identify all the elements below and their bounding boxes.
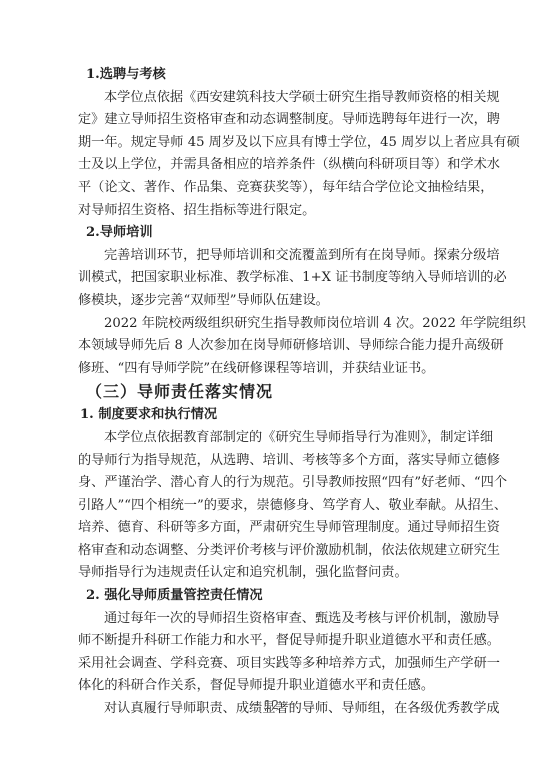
paragraph-line: 本学位点依据教育部制定的《研究生导师指导行为准则》，制定详细 — [78, 427, 476, 450]
paragraph-line: 培养、德育、科研等多方面，严肃研究生导师管理制度。通过导师招生资 — [78, 517, 476, 540]
paragraph-line: 完善培训环节，把导师培训和交流覆盖到所有在岗导师。探索分级培 — [78, 245, 476, 268]
paragraph-line: 格审查和动态调整、分类评价考核与评价激励机制，依法依规建立研究生 — [78, 540, 476, 563]
paragraph-line: 定》建立导师招生资格审查和动态调整制度。导师选聘每年进行一次，聘 — [78, 109, 476, 132]
paragraph-line: 修模块，逐步完善“双师型”导师队伍建设。 — [78, 290, 476, 313]
paragraph-line: 本学位点依据《西安建筑科技大学硕士研究生指导教师资格的相关规 — [78, 87, 476, 110]
heading-supervisor-training: 2.导师培训 — [78, 222, 476, 245]
paragraph-line: 师不断提升科研工作能力和水平，督促导师提升职业道德水平和责任感。 — [78, 630, 476, 653]
paragraph-line: 引路人”“四个相统一”的要求，崇德修身、笃学育人、敬业奉献。从招生、 — [78, 495, 476, 518]
paragraph-line: 的导师行为指导规范，从选聘、培训、考核等多个方面，落实导师立德修 — [78, 450, 476, 473]
paragraph-line: 训模式，把国家职业标准、教学标准、1+X 证书制度等纳入导师培训的必 — [78, 267, 476, 290]
paragraph-line: 体化的科研合作关系，督促导师提升职业道德水平和责任感。 — [78, 675, 476, 698]
paragraph-line: 2022 年院校两级组织研究生指导教师岗位培训 4 次。2022 年学院组织 — [78, 313, 476, 336]
page-number: － 12 － — [0, 696, 543, 713]
paragraph-line: 平（论文、著作、作品集、竞赛获奖等），每年结合学位论文抽检结果， — [78, 177, 476, 200]
paragraph-line: 士及以上学位，并需具备相应的培养条件（纵横向科研项目等）和学术水 — [78, 154, 476, 177]
document-page: 1.选聘与考核 本学位点依据《西安建筑科技大学硕士研究生指导教师资格的相关规 定… — [78, 64, 476, 721]
heading-selection-assessment: 1.选聘与考核 — [78, 64, 476, 87]
paragraph-line: 对导师招生资格、招生指标等进行限定。 — [78, 200, 476, 223]
paragraph-line: 采用社会调查、学科竞赛、项目实践等多种培养方式，加强师生产学研一 — [78, 653, 476, 676]
heading-part-three: （三）导师责任落实情况 — [78, 380, 476, 404]
heading-system-requirements: 1. 制度要求和执行情况 — [78, 404, 476, 427]
heading-quality-control: 2. 强化导师质量管控责任情况 — [78, 585, 476, 608]
paragraph-line: 修班、“四有导师学院”在线研修课程等培训，并获结业证书。 — [78, 358, 476, 381]
paragraph-line: 通过每年一次的导师招生资格审查、甄选及考核与评价机制，激励导 — [78, 608, 476, 631]
paragraph-line: 本领域导师先后 8 人次参加在岗导师研修培训、导师综合能力提升高级研 — [78, 335, 476, 358]
paragraph-line: 期一年。规定导师 45 周岁及以下应具有博士学位，45 周岁以上者应具有硕 — [78, 132, 476, 155]
paragraph-line: 身、严谨治学、潜心育人的行为规范。引导教师按照“四有”好老师、“四个 — [78, 472, 476, 495]
paragraph-line: 导师指导行为违规责任认定和追究机制，强化监督问责。 — [78, 562, 476, 585]
